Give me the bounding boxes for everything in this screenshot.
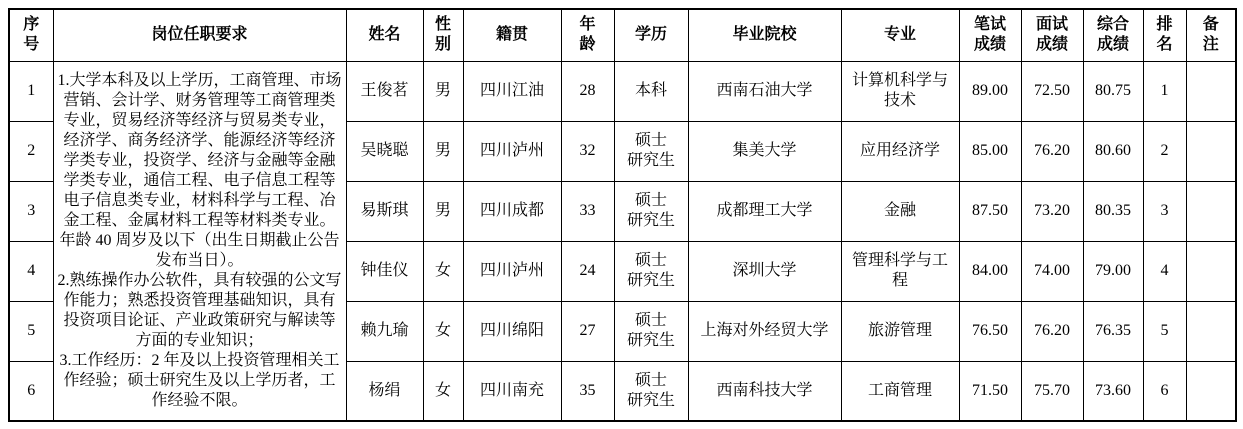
cell-remarks [1186, 181, 1236, 241]
cell-age: 28 [561, 61, 614, 121]
cell-rank: 6 [1143, 361, 1186, 421]
cell-gender: 男 [423, 181, 463, 241]
cell-overall-score: 76.35 [1083, 301, 1143, 361]
header-requirements: 岗位任职要求 [53, 9, 346, 61]
cell-overall-score: 80.35 [1083, 181, 1143, 241]
table-header-row: 序 号 岗位任职要求 姓名 性 别 籍贯 年 龄 学历 毕业院校 专业 笔试 成… [9, 9, 1236, 61]
cell-major: 应用经济学 [841, 121, 959, 181]
cell-native-place: 四川江油 [463, 61, 561, 121]
header-age: 年 龄 [561, 9, 614, 61]
cell-index: 2 [9, 121, 53, 181]
cell-education: 硕士 研究生 [614, 181, 688, 241]
cell-name: 吴晓聪 [346, 121, 423, 181]
cell-gender: 男 [423, 121, 463, 181]
cell-remarks [1186, 301, 1236, 361]
cell-overall-score: 80.60 [1083, 121, 1143, 181]
cell-school: 西南石油大学 [688, 61, 841, 121]
header-index: 序 号 [9, 9, 53, 61]
cell-overall-score: 80.75 [1083, 61, 1143, 121]
cell-rank: 3 [1143, 181, 1186, 241]
cell-remarks [1186, 361, 1236, 421]
cell-age: 27 [561, 301, 614, 361]
cell-interview-score: 76.20 [1021, 301, 1083, 361]
cell-major: 旅游管理 [841, 301, 959, 361]
cell-gender: 女 [423, 361, 463, 421]
cell-index: 3 [9, 181, 53, 241]
cell-age: 24 [561, 241, 614, 301]
cell-index: 6 [9, 361, 53, 421]
cell-rank: 4 [1143, 241, 1186, 301]
cell-education: 硕士 研究生 [614, 241, 688, 301]
header-education: 学历 [614, 9, 688, 61]
cell-rank: 5 [1143, 301, 1186, 361]
cell-written-score: 87.50 [959, 181, 1021, 241]
cell-index: 4 [9, 241, 53, 301]
cell-school: 深圳大学 [688, 241, 841, 301]
cell-written-score: 89.00 [959, 61, 1021, 121]
header-remarks: 备 注 [1186, 9, 1236, 61]
cell-school: 上海对外经贸大学 [688, 301, 841, 361]
header-native-place: 籍贯 [463, 9, 561, 61]
cell-gender: 男 [423, 61, 463, 121]
cell-overall-score: 73.60 [1083, 361, 1143, 421]
cell-school: 西南科技大学 [688, 361, 841, 421]
cell-interview-score: 72.50 [1021, 61, 1083, 121]
cell-school: 成都理工大学 [688, 181, 841, 241]
cell-native-place: 四川南充 [463, 361, 561, 421]
cell-age: 32 [561, 121, 614, 181]
cell-education: 硕士 研究生 [614, 361, 688, 421]
cell-name: 杨绢 [346, 361, 423, 421]
cell-written-score: 71.50 [959, 361, 1021, 421]
cell-index: 1 [9, 61, 53, 121]
cell-education: 硕士 研究生 [614, 301, 688, 361]
header-name: 姓名 [346, 9, 423, 61]
cell-native-place: 四川成都 [463, 181, 561, 241]
cell-written-score: 85.00 [959, 121, 1021, 181]
cell-gender: 女 [423, 241, 463, 301]
cell-age: 35 [561, 361, 614, 421]
header-school: 毕业院校 [688, 9, 841, 61]
header-rank: 排 名 [1143, 9, 1186, 61]
cell-major: 工商管理 [841, 361, 959, 421]
cell-interview-score: 75.70 [1021, 361, 1083, 421]
cell-name: 王俊茗 [346, 61, 423, 121]
cell-remarks [1186, 241, 1236, 301]
header-interview-score: 面试 成绩 [1021, 9, 1083, 61]
cell-remarks [1186, 61, 1236, 121]
header-overall-score: 综合 成绩 [1083, 9, 1143, 61]
cell-written-score: 84.00 [959, 241, 1021, 301]
cell-written-score: 76.50 [959, 301, 1021, 361]
cell-name: 易斯琪 [346, 181, 423, 241]
table-row: 1 1.大学本科及以上学历，工商管理、市场营销、会计学、财务管理等工商管理类专业… [9, 61, 1236, 121]
cell-school: 集美大学 [688, 121, 841, 181]
cell-interview-score: 76.20 [1021, 121, 1083, 181]
cell-name: 赖九瑜 [346, 301, 423, 361]
cell-requirements: 1.大学本科及以上学历，工商管理、市场营销、会计学、财务管理等工商管理类专业，贸… [53, 61, 346, 421]
cell-education: 硕士 研究生 [614, 121, 688, 181]
header-major: 专业 [841, 9, 959, 61]
recruitment-results-table: 序 号 岗位任职要求 姓名 性 别 籍贯 年 龄 学历 毕业院校 专业 笔试 成… [8, 8, 1237, 422]
cell-name: 钟佳仪 [346, 241, 423, 301]
cell-native-place: 四川泸州 [463, 121, 561, 181]
cell-interview-score: 74.00 [1021, 241, 1083, 301]
cell-interview-score: 73.20 [1021, 181, 1083, 241]
cell-rank: 1 [1143, 61, 1186, 121]
header-gender: 性 别 [423, 9, 463, 61]
page: 序 号 岗位任职要求 姓名 性 别 籍贯 年 龄 学历 毕业院校 专业 笔试 成… [0, 0, 1243, 429]
cell-rank: 2 [1143, 121, 1186, 181]
cell-education: 本科 [614, 61, 688, 121]
cell-major: 管理科学与工 程 [841, 241, 959, 301]
header-written-score: 笔试 成绩 [959, 9, 1021, 61]
cell-index: 5 [9, 301, 53, 361]
cell-major: 计算机科学与 技术 [841, 61, 959, 121]
cell-native-place: 四川绵阳 [463, 301, 561, 361]
cell-major: 金融 [841, 181, 959, 241]
cell-native-place: 四川泸州 [463, 241, 561, 301]
cell-age: 33 [561, 181, 614, 241]
cell-remarks [1186, 121, 1236, 181]
cell-overall-score: 79.00 [1083, 241, 1143, 301]
cell-gender: 女 [423, 301, 463, 361]
